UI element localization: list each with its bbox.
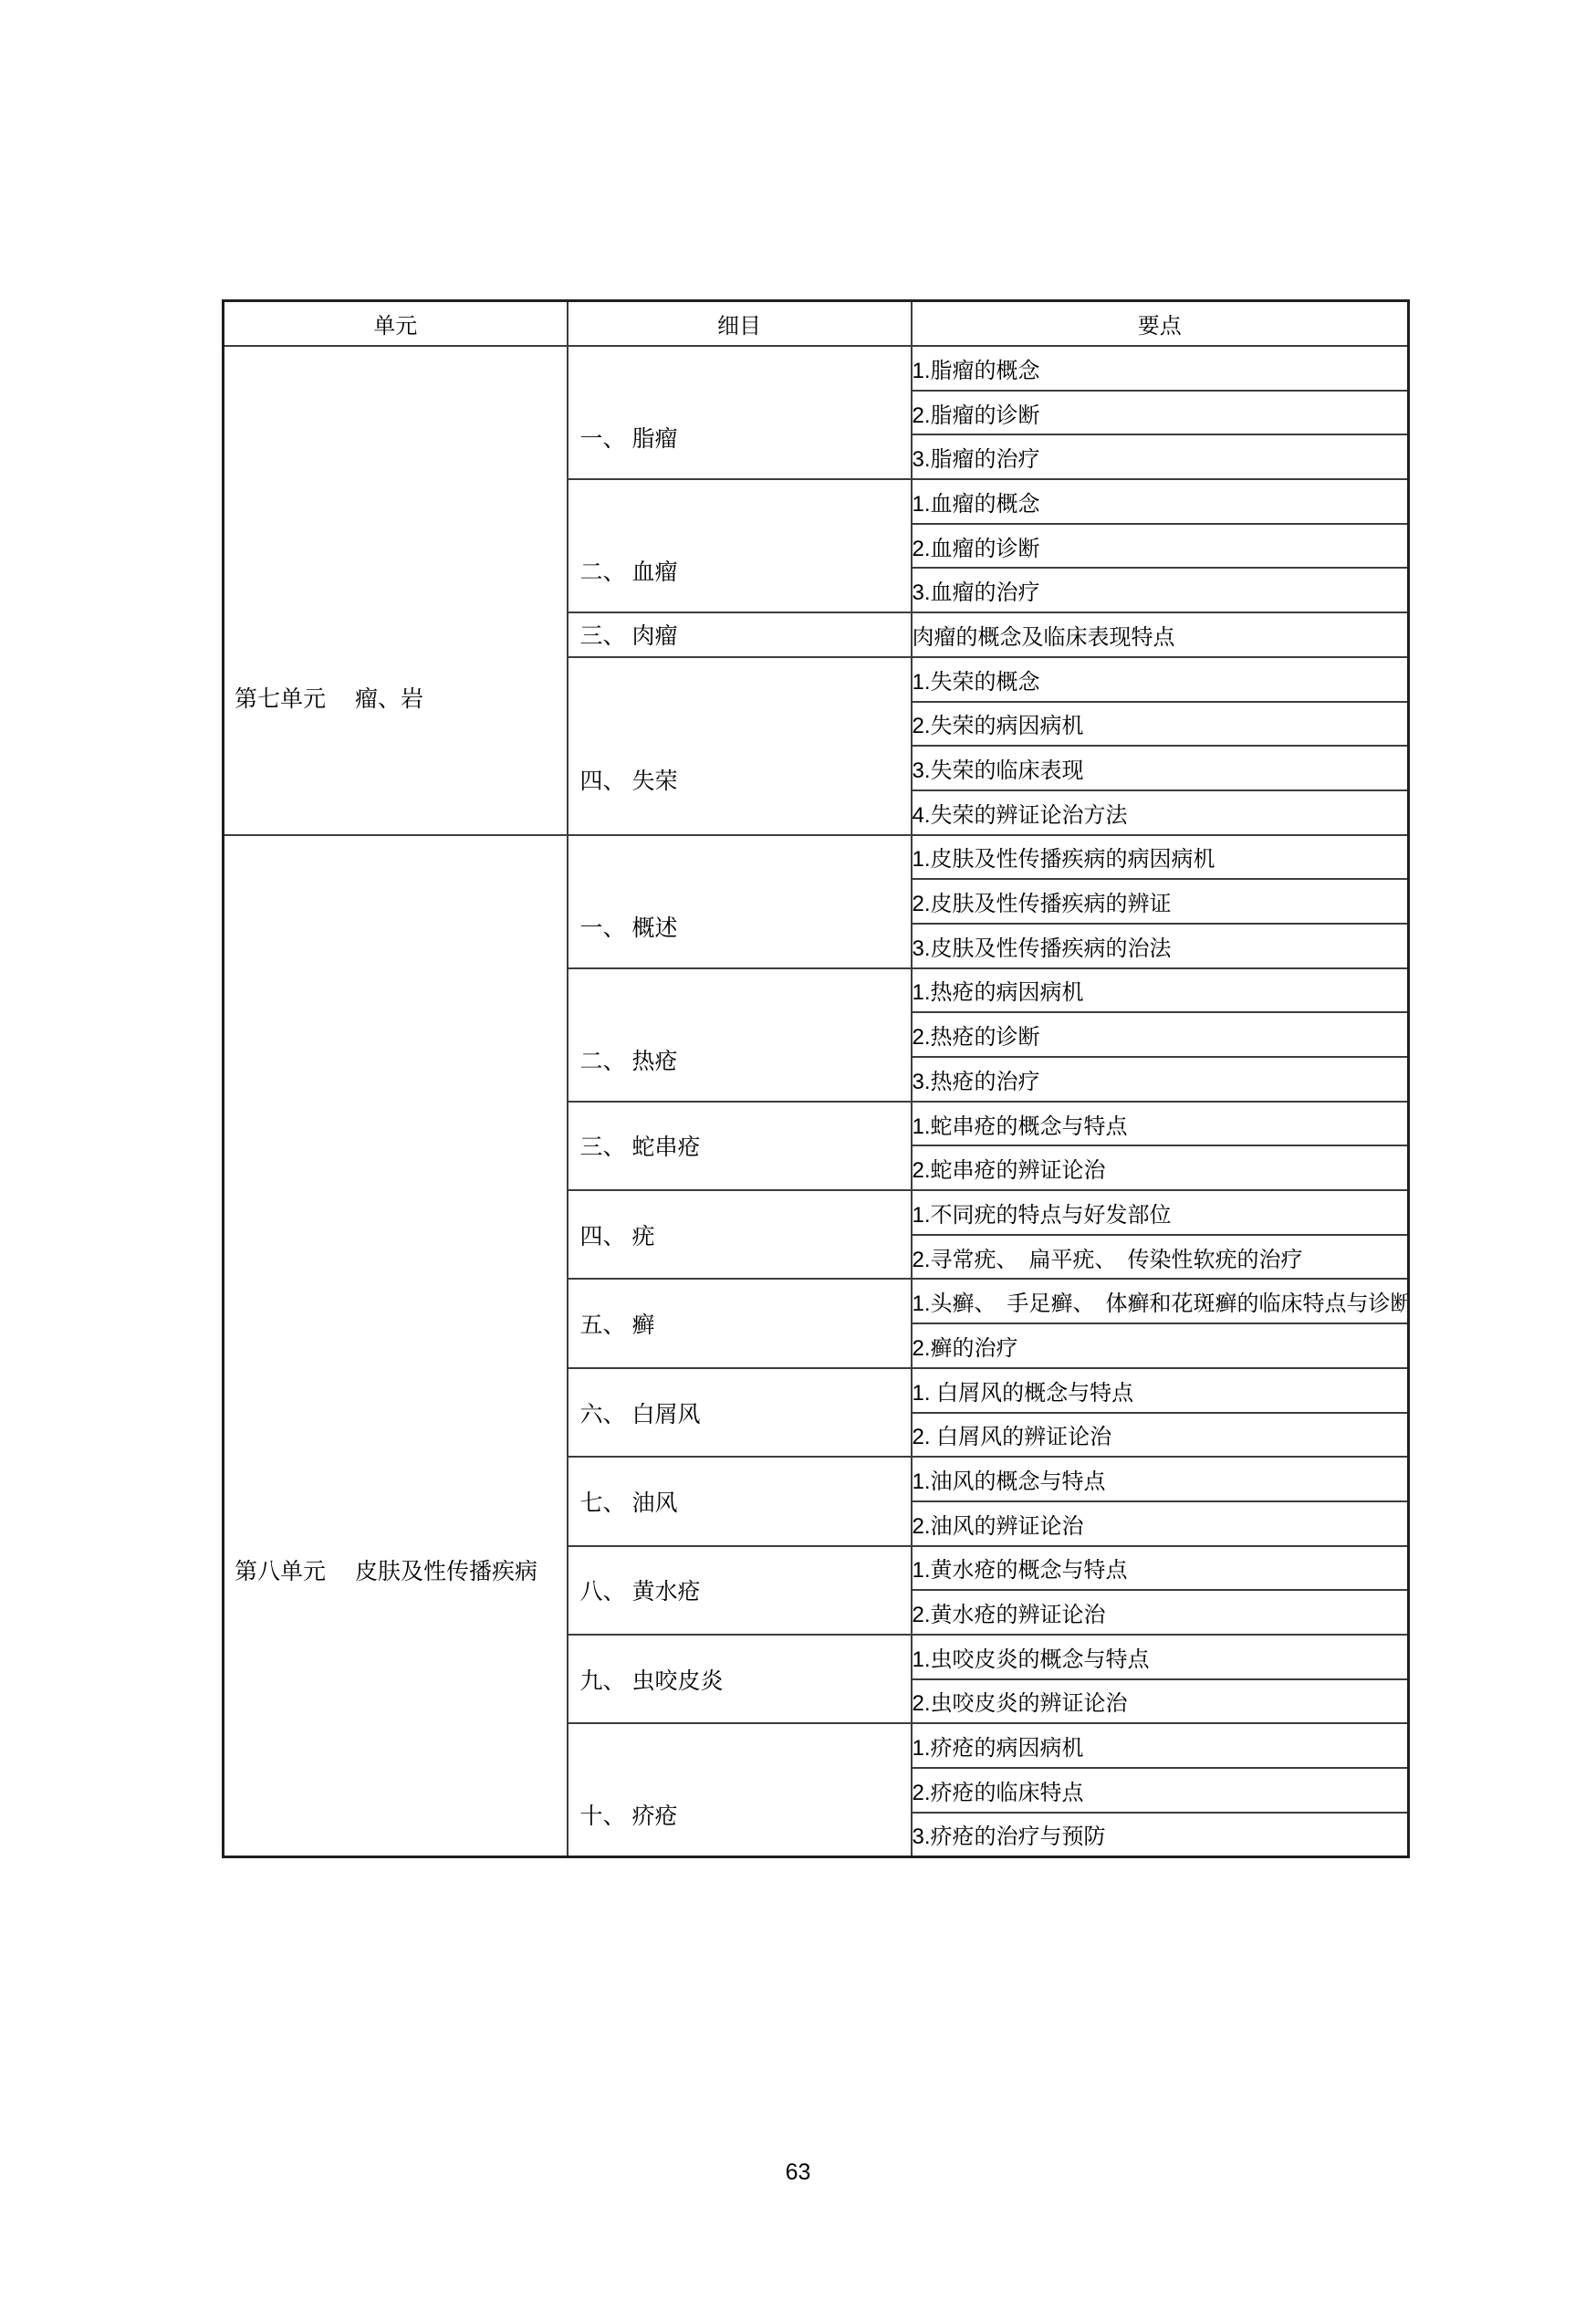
point-cell: 3.血瘤的治疗: [912, 568, 1409, 612]
item-cell: 四、 疣: [568, 1190, 912, 1279]
item-label: 二、 血瘤: [580, 554, 678, 587]
point-cell: 2.油风的辨证论治: [912, 1501, 1409, 1546]
point-cell: 1.头癣、 手足癣、 体癣和花斑癣的临床特点与诊断: [912, 1279, 1409, 1323]
col-header-points: 要点: [912, 301, 1409, 347]
point-cell: 2.蛇串疮的辨证论治: [912, 1145, 1409, 1190]
point-cell: 2.失荣的病因病机: [912, 702, 1409, 747]
point-cell: 1. 白屑风的概念与特点: [912, 1368, 1409, 1413]
point-cell: 1.失荣的概念: [912, 657, 1409, 702]
item-label: 一、 概述: [580, 910, 678, 943]
item-cell: 六、 白屑风: [568, 1368, 912, 1457]
point-cell: 3.热疮的治疗: [912, 1057, 1409, 1102]
unit-cell: 第八单元 皮肤及性传播疾病: [224, 835, 568, 1857]
item-cell: 二、 血瘤: [568, 479, 912, 612]
syllabus-table-container: 单元 细目 要点 第七单元 瘤、岩一、 脂瘤1.脂瘤的概念2.脂瘤的诊断3.脂瘤…: [222, 299, 1407, 1858]
point-cell: 2.黄水疮的辨证论治: [912, 1590, 1409, 1635]
point-cell: 1.虫咬皮炎的概念与特点: [912, 1635, 1409, 1679]
point-cell: 1.油风的概念与特点: [912, 1457, 1409, 1501]
item-label: 九、 虫咬皮炎: [580, 1663, 724, 1696]
item-cell: 八、 黄水疮: [568, 1546, 912, 1635]
point-cell: 1.不同疣的特点与好发部位: [912, 1190, 1409, 1235]
point-cell: 2.疥疮的临床特点: [912, 1768, 1409, 1813]
item-label: 五、 癣: [580, 1307, 655, 1340]
col-header-item: 细目: [568, 301, 912, 347]
syllabus-table: 单元 细目 要点 第七单元 瘤、岩一、 脂瘤1.脂瘤的概念2.脂瘤的诊断3.脂瘤…: [222, 299, 1410, 1858]
item-cell: 七、 油风: [568, 1457, 912, 1545]
item-label: 二、 热疮: [580, 1043, 678, 1076]
point-cell: 2.虫咬皮炎的辨证论治: [912, 1679, 1409, 1724]
point-cell: 1.血瘤的概念: [912, 479, 1409, 524]
item-cell: 三、 肉瘤: [568, 612, 912, 657]
col-header-unit: 单元: [224, 301, 568, 347]
item-cell: 十、 疥疮: [568, 1723, 912, 1856]
item-cell: 三、 蛇串疮: [568, 1102, 912, 1190]
unit-label: 第七单元 瘤、岩: [235, 681, 423, 714]
point-cell: 2.癣的治疗: [912, 1323, 1409, 1368]
item-cell: 五、 癣: [568, 1279, 912, 1367]
unit-label: 第八单元 皮肤及性传播疾病: [235, 1553, 537, 1586]
item-label: 七、 油风: [580, 1485, 678, 1518]
unit-cell: 第七单元 瘤、岩: [224, 346, 568, 835]
table-row: 第七单元 瘤、岩一、 脂瘤1.脂瘤的概念: [224, 346, 1409, 391]
point-cell: 2. 白屑风的辨证论治: [912, 1413, 1409, 1458]
point-cell: 2.脂瘤的诊断: [912, 391, 1409, 435]
point-cell: 2.热疮的诊断: [912, 1012, 1409, 1057]
point-cell: 3.皮肤及性传播疾病的治法: [912, 924, 1409, 968]
point-cell: 2.寻常疣、 扁平疣、 传染性软疣的治疗: [912, 1235, 1409, 1280]
point-cell: 1.热疮的病因病机: [912, 968, 1409, 1013]
item-label: 四、 失荣: [580, 763, 678, 796]
item-label: 三、 蛇串疮: [580, 1129, 701, 1162]
item-label: 三、 肉瘤: [580, 618, 678, 651]
item-cell: 一、 脂瘤: [568, 346, 912, 479]
document-page: { "page": { "number": "63" }, "table": {…: [0, 0, 1596, 2300]
point-cell: 3.脂瘤的治疗: [912, 434, 1409, 479]
point-cell: 肉瘤的概念及临床表现特点: [912, 612, 1409, 657]
item-label: 八、 黄水疮: [580, 1573, 701, 1606]
point-cell: 1.皮肤及性传播疾病的病因病机: [912, 835, 1409, 880]
point-cell: 1.脂瘤的概念: [912, 346, 1409, 391]
page-number: 63: [0, 2159, 1596, 2186]
point-cell: 1.蛇串疮的概念与特点: [912, 1102, 1409, 1146]
header-row: 单元 细目 要点: [224, 301, 1409, 347]
point-cell: 2.皮肤及性传播疾病的辨证: [912, 879, 1409, 924]
item-label: 四、 疣: [580, 1218, 655, 1251]
item-cell: 一、 概述: [568, 835, 912, 968]
point-cell: 1.疥疮的病因病机: [912, 1723, 1409, 1768]
item-label: 六、 白屑风: [580, 1396, 701, 1429]
table-row: 第八单元 皮肤及性传播疾病一、 概述1.皮肤及性传播疾病的病因病机: [224, 835, 1409, 880]
item-label: 十、 疥疮: [580, 1798, 678, 1831]
item-cell: 四、 失荣: [568, 657, 912, 835]
point-cell: 2.血瘤的诊断: [912, 524, 1409, 569]
item-cell: 九、 虫咬皮炎: [568, 1635, 912, 1723]
point-cell: 4.失荣的辨证论治方法: [912, 790, 1409, 835]
item-cell: 二、 热疮: [568, 968, 912, 1102]
item-label: 一、 脂瘤: [580, 421, 678, 454]
point-cell: 3.失荣的临床表现: [912, 746, 1409, 790]
point-cell: 3.疥疮的治疗与预防: [912, 1813, 1409, 1857]
point-cell: 1.黄水疮的概念与特点: [912, 1546, 1409, 1591]
